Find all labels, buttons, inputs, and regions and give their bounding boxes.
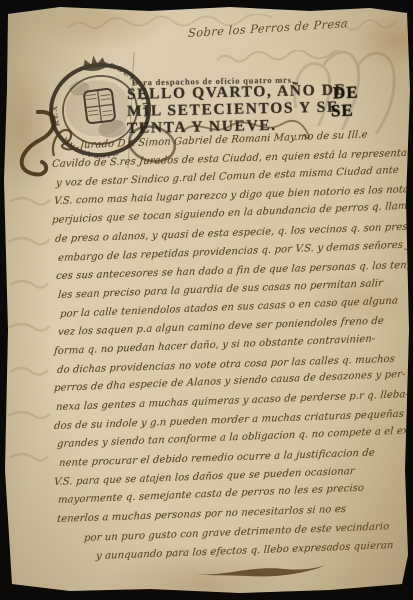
photo-background: Sobre los Perros de Presa CAROLVS · III … [0, 0, 413, 600]
bleed-through-writing [215, 50, 345, 68]
manuscript-line: nente procurar el debido remedio ocurre … [59, 448, 376, 470]
manuscript-line: por un puro gusto con grave detrimento d… [84, 521, 390, 544]
manuscript-line: forma q. no puedan hacer daño, y si no o… [54, 334, 376, 357]
manuscript-line: y aunquando para los efectos q. llebo ex… [96, 540, 394, 562]
document-title-annotation: Sobre los Perros de Presa [188, 16, 348, 40]
bleed-through-margin-writing [6, 190, 52, 490]
closing-swash [188, 563, 328, 581]
document-page: Sobre los Perros de Presa CAROLVS · III … [0, 0, 413, 600]
manuscript-line: mayormente q. semejante casta de perros … [58, 483, 365, 506]
manuscript-line: nexa las gentes a muchas quimeras y acas… [56, 389, 410, 413]
manuscript-line: tenerlos a muchas personas por no necesi… [57, 504, 347, 525]
stamp-overprint-se: SE [331, 101, 354, 122]
